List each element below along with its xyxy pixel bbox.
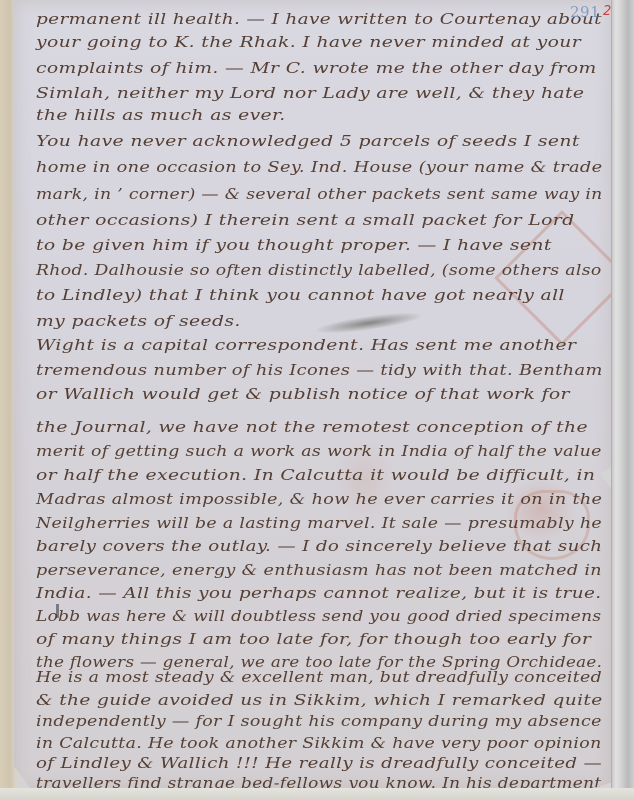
text-line: Madras almost impossible, & how he ever … [36, 490, 602, 508]
manuscript-scan: permanent ill health. — I have written t… [0, 0, 634, 800]
text-line: Wight is a capital correspondent. Has se… [36, 336, 576, 354]
text-line: He is a most steady & excellent man, but… [36, 668, 602, 686]
text-line: other occasions) I therein sent a small … [36, 211, 575, 229]
text-line: of Lindley & Wallich !!! He really is dr… [36, 754, 602, 772]
text-line: mark, in ’ corner) — & several other pac… [36, 185, 603, 203]
text-line: or half the execution. In Calcutta it wo… [36, 466, 595, 484]
text-line: tremendous number of his Icones — tidy w… [36, 361, 603, 379]
text-line: complaints of him. — Mr C. wrote me the … [36, 59, 597, 77]
mount-edge-bottom [0, 788, 634, 800]
text-line: perseverance, energy & enthusiasm has no… [36, 561, 602, 579]
mount-edge-right [611, 0, 634, 800]
letter-page: permanent ill health. — I have written t… [14, 0, 612, 790]
text-line: in Calcutta. He took another Sikkim & ha… [36, 734, 602, 752]
text-line: merit of getting such a work as work in … [36, 442, 602, 460]
text-line: to Lindley) that I think you cannot have… [36, 286, 565, 304]
text-line: my packets of seeds. [36, 312, 241, 330]
text-line: the Journal, we have not the remotest co… [36, 418, 588, 436]
text-line: & the guide avoided us in Sikkim, which … [36, 691, 603, 709]
text-line: to be given him if you thought proper. —… [36, 236, 552, 254]
text-line: home in one occasion to Sey. Ind. House … [36, 158, 602, 176]
text-line: of many things I am too late for, for th… [36, 630, 591, 648]
text-line: barely covers the outlay. — I do sincere… [36, 537, 602, 555]
text-line: permanent ill health. — I have written t… [36, 10, 602, 28]
text-line: the hills as much as ever. [36, 106, 286, 124]
text-line: Neilgherries will be a lasting marvel. I… [36, 514, 602, 532]
text-line: or Wallich would get & publish notice of… [36, 385, 570, 403]
text-line: India. — All this you perhaps cannot rea… [36, 584, 601, 602]
text-line: Rhod. Dalhousie so often distinctly labe… [36, 261, 602, 279]
text-line: Simlah, neither my Lord nor Lady are wel… [36, 84, 584, 102]
folio-number-stamped: 291 [570, 4, 600, 20]
text-line: your going to K. the Rhak. I have never … [36, 33, 581, 51]
ink-blot [314, 308, 425, 337]
text-line: You have never acknowledged 5 parcels of… [36, 132, 580, 150]
text-line: independently — for I sought his company… [36, 712, 602, 730]
text-line: Lobb was here & will doubtless send you … [36, 607, 601, 625]
